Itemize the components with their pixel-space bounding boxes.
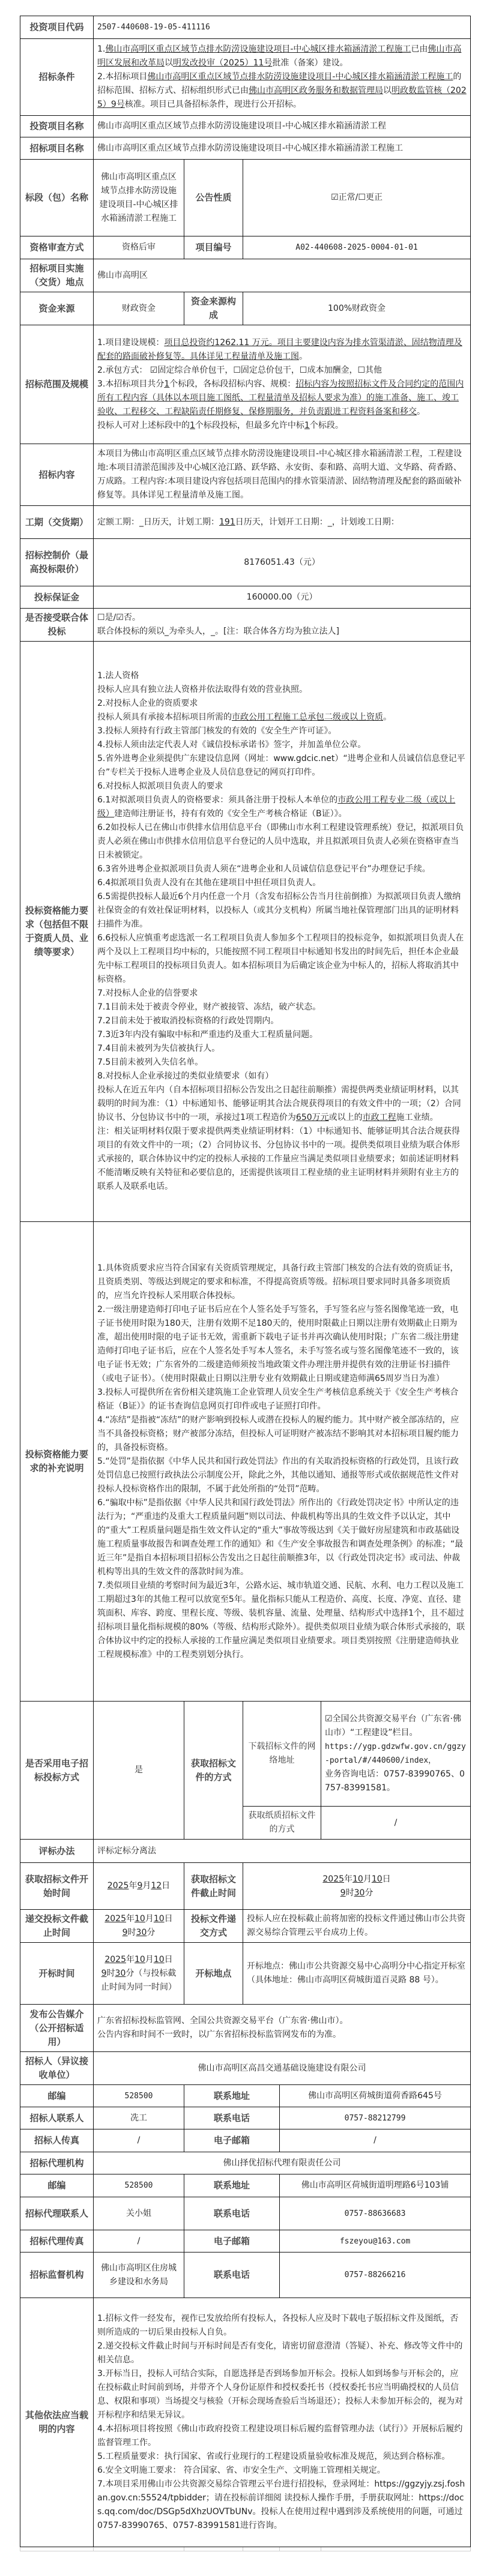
row-agency-contact: 招标代理联系人 关小姐 联系电话 0757-88636683 [20,2197,471,2230]
value-tenderer-fax: / [94,2129,184,2152]
value-scope: 1.项目建设规模：项目总投资约1262.11 万元。项目主要建设内容为排水管渠清… [94,325,471,444]
text-line: 5.工程质量要求：执行国家、省或行业现行的工程建设质量验收标准及规范，须达到合格… [97,2450,467,2464]
text-line: 7.类似项目业绩的考察时间为最近3年，公路水运、城市轨道交通、民航、水利、电力工… [97,1579,467,1662]
text: 8.对投标人企业承接过的类似业绩要求（如有） [97,1071,273,1081]
empty-cell [321,2547,471,2551]
label-qualification-notes: 投标资格能力要求的补充说明 [20,1222,94,1702]
label-download-address: 下载招标文件的网络地址 [243,1702,321,1807]
label-evaluation: 评标办法 [20,1840,94,1863]
text: 批准（备案）建设。 [272,58,348,68]
text: 7.3近3年内没有骗取中标和严重违约及重大工程质量问题。 [97,1030,318,1040]
text: 已由 [411,44,428,54]
underlined-text: 10 [135,1955,145,1964]
text-line: 2025年10月10日 [97,1912,180,1926]
label-agency-postcode: 邮编 [20,2174,94,2197]
text: 。 [417,407,425,417]
row-scope: 招标范围及规模 1.项目建设规模：项目总投资约1262.11 万元。项目主要建设… [20,325,471,444]
text: 6.4拟派项目负责人没有在其他在建项目中担任项目负责人。 [97,878,321,888]
underlined-text: 市政工程 [363,1113,396,1122]
text-line: 2025年10月10日 [247,1873,467,1886]
text: 以 [165,58,173,68]
row-qualification-notes: 投标资格能力要求的补充说明 1.具体资质要求应当符合国家有关资质管理规定，具备行… [20,1222,471,1702]
text: 5.省外进粤企业须提供广东建设信息网（网址：www.gdcic.net）“进粤企… [97,754,465,777]
text: 月 [145,1955,154,1964]
value-lot-name: 佛山市高明区重点区域节点排水防涝设施建设项目-中心城区排水箱涵清淤工程施工 [94,160,184,236]
text: 。 [383,712,392,722]
text: 1.法人资格 [97,671,139,681]
empty-cell [280,2547,321,2551]
row-qualification-review: 资格审查方式 资格后审 项目编号 A02-440608-2025-0004-01… [20,236,471,259]
underlined-text: 1 [304,421,310,430]
row-tender-conditions: 招标条件 1.佛山市高明区重点区域节点排水防涝设施建设项目-中心城区排水箱涵清淤… [20,39,471,116]
label-electronic: 是否采用电子招标投标方式 [20,1702,94,1840]
underlined-text: 1 [190,421,195,430]
text: 2.对投标人企业的资质要求 [97,699,198,708]
text-line: 投标人在近五年内（自本招标项目招标公告发出之日起往前顺推）需提供两类业绩证明材料… [97,1083,467,1125]
value-notice-type: ☑正常/☐更正 [243,160,471,236]
value-electronic: 是 [94,1702,184,1840]
label-tender-project-name: 招标项目名称 [20,137,94,160]
value-investment-project-name: 佛山市高明区重点区域节点排水防涝设施建设项目-中心城区排水箱涵清淤工程 [94,116,471,137]
empty-cell [184,2547,243,2551]
text-line: 6.2如投标人已在佛山市供排水信用信息平台（即佛山市水利工程建设管理系统）登记，… [97,821,467,862]
text: 6.1对拟派项目负责人的资格要求：须具备注册于投标人本单位的 [97,795,337,805]
value-consortium: ☐是/☑否。联合体投标的须以_为牵头人，_。[注：联合体各方均为独立法人] [94,609,471,642]
value-bid-bond: 160000.00（元） [94,586,471,609]
text: 3.本招标项目共分 [97,379,164,389]
value-qualification: 1.法人资格投标人应具有独立法人资格并依法取得有效的营业执照。2.对投标人企业的… [94,642,471,1222]
row-supervisor: 招标监督机构 佛山市高明区住房城乡建设和水务局 联系电话 0757-882662… [20,2252,471,2298]
text-line: 2.递交投标文件截止时间与开标时间是否有变化，请密切留意澄清（答疑）、补充、修改… [97,2340,467,2367]
text-line: 7.4目前未被列为失信被执行人。 [97,1042,467,1056]
value-opening-time: 2025年10月10日9时30分（与投标截止时间为同一时间） [94,1943,184,2005]
label-agency-address: 联系地址 [184,2174,280,2197]
value-paper-method: / [321,1807,471,1840]
label-investment-project-name: 投资项目名称 [20,116,94,137]
text-line: 6.对投标人拟派项目负责人的要求 [97,780,467,793]
text-line: 6.3省外进粤企业拟派项目负责人须在“进粤企业和人员诚信信息登记平台”办理登记手… [97,862,467,876]
underlined-text: 30 [354,1888,365,1898]
text: 7.5目前未被列入失信名单。 [97,1058,203,1067]
text: 3.投标人可提供所在省份相关建筑施工企业管理人员安全生产考核信息系统关于《安全生… [97,1388,458,1411]
text-line: 2.一级注册建造师打印电子证书后应在个人签名处手写签名，手写签名应与签名图像笔迹… [97,1303,467,1386]
row-doc-time: 获取招标文件开始时间 2025年9月12日 获取招标文件截止时间 2025年10… [20,1863,471,1910]
value-tenderer-postcode: 528500 [94,2085,184,2107]
text: 7.2目前未处于被取消投标资格的行政处罚期内。 [97,1016,279,1026]
text: 建造师注册证书，持有有效的《安全生产考核合格证（B证）》。 [114,809,347,819]
text-line: 2.承包方式： ☑固定综合单价包干，☐固定总价包干，☐成本加酬金，☐其他 [97,364,467,378]
text: 2.承包方式： ☑固定综合单价包干，☐固定总价包干，☐成本加酬金，☐其他 [97,366,382,375]
text-line: 联合体投标的须以_为牵头人，_。[注：联合体各方均为独立法人] [97,625,467,639]
text: 5.“处罚”是指依据《中华人民共和国行政处罚法》作出的有关取消投标资格的行政处罚… [97,1457,459,1494]
checkbox-correction[interactable]: ☐更正 [358,193,383,202]
label-notice-type: 公告性质 [184,160,243,236]
label-tenderer-fax: 招标人传真 [20,2129,94,2152]
text: 或以上的 [329,1113,363,1122]
tender-notice-table: 投资项目代码 2507-440608-19-05-411116 招标条件 1.佛… [20,16,471,2551]
row-consortium: 是否接受联合体投标 ☐是/☑否。联合体投标的须以_为牵头人，_。[注：联合体各方… [20,609,471,642]
text: 日历天，计划开工日期：_，计划竣工日期： [235,517,399,527]
label-paper-method: 获取纸质招标文件的方式 [243,1807,321,1840]
underlined-text: 12 [151,1881,162,1891]
text-line: 9时30分 [247,1886,467,1900]
text-line: 6.安全文明施工要求： 符合国家、省、市安全生产、文明施工管理相关规定。 [97,2464,467,2478]
text: 1.招标文件一经发布，视作已发放给所有投标人，各投标人应及时下载电子版招标文件及… [97,2314,458,2337]
row-tenderer-address: 邮编 528500 联系地址 佛山市高明区荷城街道荷香路645号 [20,2085,471,2107]
text: 3.投标人须持有行政主管部门核发的有效的《安全生产许可证》。 [97,726,336,736]
row-evaluation: 评标办法 评标定标分离法 [20,1840,471,1863]
text-line: 5.省外进粤企业须提供广东建设信息网（网址：www.gdcic.net）“进粤企… [97,752,467,780]
text-line: 1.法人资格 [97,669,467,683]
text-line: 投标人应具有独立法人资格并依法取得有效的营业执照。 [97,683,467,697]
underlined-text: 10 [352,1874,363,1884]
text: 个标段。 [310,421,343,430]
text-line: 6.1对拟派项目负责人的资格要求：须具备注册于投标人本单位的市政公用工程专业二级… [97,793,467,821]
text: 7.对投标人企业的信誉要求 [97,989,198,998]
label-opening-place: 开标地点 [184,1943,243,2005]
value-other: 1.招标文件一经发布，视作已发放给所有投标人，各投标人应及时下载电子版招标文件及… [94,2298,471,2547]
row-media: 发布公告媒介（公开招标适用） 广东省招标投标监管网、全国公共资源交易平台（广东省… [20,2005,471,2052]
value-project-code: 2507-440608-19-05-411116 [94,16,471,39]
text: 核准。项目已具备招标条件，现进行公开招标。 [125,100,301,109]
label-project-number: 项目编号 [184,236,243,259]
value-tenderer-address: 佛山市高明区荷城街道荷香路645号 [280,2085,471,2107]
value-location: 佛山市高明区 [94,259,471,292]
label-fund-source: 资金来源 [20,292,94,325]
text: 1.具体资质要求应当符合国家有关资质管理规定，具备行政主管部门核发的合法有效的资… [97,1263,458,1301]
label-control-price: 招标控制价（最高投标限价） [20,539,94,586]
checkbox-normal[interactable]: ☑正常 [331,193,355,202]
label-fund-composition: 资金来源构成 [184,292,243,325]
value-agency-address: 佛山市高明区荷城街道明理路6号103铺 [280,2174,471,2197]
underlined-text: 2025 [322,1874,344,1884]
value-project-number: A02-440608-2025-0004-01-01 [243,236,471,259]
underlined-text: 2025 [107,1881,129,1891]
empty-cell [243,2547,280,2551]
text: 个标段投标，但最多允许中标 [195,421,304,430]
text-line: 2025年10月10日 [97,1953,180,1967]
row-tenderer-contact: 招标人联系人 冼工 联系电话 0757-88212799 [20,2107,471,2129]
row-agency: 招标代理机构 佛山择优招标代理有限责任公司 [20,2152,471,2174]
text: 投标人应具有独立法人资格并依法取得有效的营业执照。 [97,685,307,694]
text-line: 注：相关证明材料仅限于要求提供两类业绩证明材料：（1）中标通知书、能够证明其合法… [97,1125,467,1194]
text: 个标段，各标段招标内容、规模： [169,379,295,389]
value-doc-start: 2025年9月12日 [94,1863,184,1910]
text-line: 7.3近3年内没有骗取中标和严重违约及重大工程质量问题。 [97,1028,467,1042]
text: 时 [107,1969,115,1978]
text-line: 公告内容和时间不一致时，以广东省招标投标监管网发布的为准。 [97,2028,467,2042]
label-consortium: 是否接受联合体投标 [20,609,94,642]
text: 4.本招标项目将按照《佛山市政府投资工程建设项目标后履约监督管理办法（试行）》开… [97,2424,462,2448]
row-investment-project-name: 投资项目名称 佛山市高明区重点区域节点排水防涝设施建设项目-中心城区排水箱涵清淤… [20,116,471,137]
label-tenderer-contact: 招标人联系人 [20,2107,94,2129]
value-evaluation: 评标定标分离法 [94,1840,471,1863]
text: 4.投标人须由法定代表人对《诚信投标承诺书》签字，并加盖单位公章。 [97,740,366,750]
text-line: 投标人须具有承接本招标项目所需的市政公用工程施工总承包二级或以上资质。 [97,711,467,724]
label-doc-method: 获取招标文件的方式 [184,1702,243,1840]
label-submission: 投标文件递交方式 [184,1910,243,1943]
text-line: 7.2目前未处于被取消投标资格的行政处罚期内。 [97,1014,467,1028]
text: 注：相关证明材料仅限于要求提供两类业绩证明材料：（1）中标通知书、能够证明其合法… [97,1127,460,1191]
row-electronic-download: 是否采用电子招标投标方式 是 获取招标文件的方式 下载招标文件的网络地址 ☑全国… [20,1702,471,1807]
text-line: 定额工期：_日历天，计划工期：191日历天，计划开工日期：_，计划竣工日期： [97,516,467,529]
text: 6.“骗取中标”是指依据《中华人民共和国行政处罚法》所作出的《行政处罚决定书》中… [97,1498,463,1577]
text: 分 [147,1928,155,1937]
text-line: 4.“冻结”是指被“冻结”的财产影响到投标人或潜在投标人的履约能力。其中财产被全… [97,1413,467,1455]
download-platform: ☑全国公共资源交易平台（广东省·佛山市）“工程建设”栏目。 [325,1712,467,1740]
row-opening: 开标时间 2025年10月10日9时30分（与投标截止时间为同一时间） 开标地点… [20,1943,471,2005]
text: 7.1目前未处于被责令停业，财产被接管、冻结，破产状态。 [97,1002,321,1012]
text-line: 广东省招标投标监管网、全国公共资源交易平台（广东省·佛山市）。 [97,2014,467,2028]
value-doc-end: 2025年10月10日9时30分 [243,1863,471,1910]
underlined-text: 30 [115,1969,126,1978]
label-bid-bond: 投标保证金 [20,586,94,609]
label-tenderer-phone: 联系电话 [184,2107,280,2129]
label-tenderer: 招标人（异议接收单位） [20,2052,94,2085]
row-content: 招标内容 本项目为佛山市高明区重点区域节点排水防涝设施建设项目-中心城区排水箱涵… [20,444,471,506]
underlined-text: 191 [219,517,235,527]
label-agency-phone: 联系电话 [184,2197,280,2230]
value-media: 广东省招标投标监管网、全国公共资源交易平台（广东省·佛山市）。公告内容和时间不一… [94,2005,471,2052]
text-line: 7.本项目采用佛山市公共资源交易综合管理云平台进行招投标，登录网址：https:… [97,2478,467,2533]
text-line: 9时30分（与投标截止时间为同一时间） [97,1967,180,1994]
value-tender-conditions: 1.佛山市高明区重点区域节点排水防涝设施建设项目-中心城区排水箱涵清淤工程施工已… [94,39,471,116]
text: 7.4目前未被列为失信被执行人。 [97,1044,220,1053]
label-scope: 招标范围及规模 [20,325,94,444]
row-tender-project-name: 招标项目名称 佛山市高明区重点区域节点排水防涝设施建设项目-中心城区排水箱涵清淤… [20,137,471,160]
text: 1. [97,44,105,54]
text-line: 4.投标人须由法定代表人对《诚信投标承诺书》签字，并加盖单位公章。 [97,738,467,752]
text-line: 5.“处罚”是指依据《中华人民共和国行政处罚法》作出的有关取消投标资格的行政处罚… [97,1455,467,1496]
row-tenderer: 招标人（异议接收单位） 佛山市高明区高昌交通基础设施建设有限公司 [20,2052,471,2085]
text: 4.“冻结”是指被“冻结”的财产影响到投标人或潜在投标人的履约能力。其中财产被全… [97,1415,459,1452]
label-tenderer-address: 联系地址 [184,2085,280,2107]
text: 分 [364,1888,373,1898]
label-agency-email: 电子邮箱 [184,2230,280,2252]
label-tender-conditions: 招标条件 [20,39,94,116]
text: 6.2如投标人已在佛山市供排水信用信息平台（即佛山市水利工程建设管理系统）登记，… [97,823,464,860]
label-tenderer-email: 电子邮箱 [184,2129,280,2152]
row-duration: 工期（交货期） 定额工期：_日历天，计划工期：191日历天，计划开工日期：_，计… [20,506,471,539]
text: 6.对投标人拟派项目负责人的要求 [97,781,223,791]
label-agency: 招标代理机构 [20,2152,94,2174]
label-bid-deadline: 递交投标文件截止时间 [20,1910,94,1943]
text: 年 [129,1881,137,1891]
value-tenderer-contact: 冼工 [94,2107,184,2129]
underlined-text: 10 [372,1874,383,1884]
text-line: 3.开标当日，投标人可结合实际，自愿选择是否到场参加开标会。投标人如到场参与开标… [97,2367,467,2422]
value-supervisor-phone: 0757-88266216 [280,2252,471,2298]
text: 2.一级注册建造师打印电子证书后应在个人签名处手写签名，手写签名应与签名图像笔迹… [97,1305,459,1383]
underlined-text: 30 [136,1928,147,1937]
label-agency-fax: 招标代理传真 [20,2230,94,2252]
download-hotline: 业务咨询电话：0757-83990765、0757-83991581。 [325,1768,467,1795]
text-line: 4.本招标项目将按照《佛山市政府投资工程建设项目标后履约监督管理办法（试行）》开… [97,2422,467,2450]
label-content: 招标内容 [20,444,94,506]
underlined-text: 9 [122,1928,128,1937]
text: 7.本项目采用佛山市公共资源交易综合管理云平台进行招投标，登录网址：https:… [97,2479,465,2530]
label-agency-contact: 招标代理联系人 [20,2197,94,2230]
text: 投标人可对上述标段中的 [97,421,190,430]
value-agency: 佛山择优招标代理有限责任公司 [94,2152,471,2174]
label-lot-name: 标段（包）名称 [20,160,94,236]
value-content: 本项目为佛山市高明区重点区域节点排水防涝设施建设项目-中心城区排水箱涵清淤工程，… [94,444,471,506]
text-line: 7.1目前未处于被责令停业，财产被接管、冻结，破产状态。 [97,1001,467,1014]
label-qualification-review: 资格审查方式 [20,236,94,259]
text: 6.5需提供投标人最近6个月内任意一个月（含发布招标公告当月往前倒推）为拟派项目… [97,892,461,929]
text: 3.开标当日，投标人可结合实际，自愿选择是否到场参加开标会。投标人如到场参与开标… [97,2369,463,2420]
text: 2.本招标项目 [97,72,147,82]
label-opening-time: 开标时间 [20,1943,94,2005]
text: 日 [162,1881,170,1891]
row-bid-deadline: 递交投标文件截止时间 2025年10月10日9时30分 投标文件递交方式 投标人… [20,1910,471,1943]
text-line: 1.具体资质要求应当符合国家有关资质管理规定，具备行政主管部门核发的合法有效的资… [97,1262,467,1303]
text: 6.3省外进粤企业拟派项目负责人须在“进粤企业和人员诚信信息登记平台”办理登记手… [97,864,431,874]
row-fund-source: 资金来源 财政资金 资金来源构成 100%财政资金 [20,292,471,325]
value-supervisor: 佛山市高明区住房城乡建设和水务局 [94,2252,184,2298]
value-qualification-notes: 1.具体资质要求应当符合国家有关资质管理规定，具备行政主管部门核发的合法有效的资… [94,1222,471,1702]
text-line: 9时30分 [97,1926,180,1940]
text: 1.项目建设规模： [97,338,164,348]
value-agency-contact: 关小姐 [94,2197,184,2230]
row-qualification: 投标资格能力要求（包括但不限于资质人员、业绩等要求） 1.法人资格投标人应具有独… [20,642,471,1222]
text-line: 3.本招标项目共分1个标段，各标段招标内容、规模：招标内容为按照招标文件及合同约… [97,378,467,419]
row-project-code: 投资项目代码 2507-440608-19-05-411116 [20,16,471,39]
empty-cell [20,2547,94,2551]
label-duration: 工期（交货期） [20,506,94,539]
row-agency-address: 邮编 528500 联系地址 佛山市高明区荷城街道明理路6号103铺 [20,2174,471,2197]
text-line: 2.对投标人企业的资质要求 [97,697,467,711]
underlined-text: 2025 [104,1914,126,1924]
underlined-text: 10 [154,1914,165,1924]
text-line: 6.6投标人应慎重考虑选派一名工程项目负责人参加多个工程项目的投标竞争，如拟派项… [97,931,467,987]
text: ☐是/☑否。 [97,613,141,622]
underlined-text: 市政公用工程施工总承包二级或以上资质 [232,712,383,722]
underlined-text: 佛山市高明区政务服务和数据管理局 [249,86,383,95]
row-location: 招标项目实施（交货）地点 佛山市高明区 [20,259,471,292]
checked-box-icon: ☑ [331,193,339,202]
label-supervisor-phone: 联系电话 [184,2252,280,2298]
text: 广东省招标投标监管网、全国公共资源交易平台（广东省·佛山市）。 [97,2016,348,2026]
underlined-text: 佛山市高明区重点区域节点排水防涝设施建设项目-中心城区排水箱涵清淤工程施工 [105,44,411,54]
text: 6.6投标人应慎重考虑选派一名工程项目负责人参加多个工程项目的投标竞争，如拟派项… [97,933,464,984]
text-line: 8.对投标人企业承接过的类似业绩要求（如有） [97,1070,467,1083]
text: 月 [363,1874,372,1884]
text: 年 [126,1955,135,1964]
value-download-address: ☑全国公共资源交易平台（广东省·佛山市）“工程建设”栏目。 https://yg… [321,1702,471,1807]
text-line: ☐是/☑否。 [97,611,467,625]
text-line: 6.5需提供投标人最近6个月内任意一个月（含发布招标公告当月往前倒推）为拟派项目… [97,890,467,931]
text: 2.递交投标文件截止时间与开标时间是否有变化，请密切留意澄清（答疑）、补充、修改… [97,2341,462,2365]
text: 施工业绩。 [396,1113,438,1122]
text-line: 1.招标文件一经发布，视作已发放给所有投标人，各投标人应及时下载电子版招标文件及… [97,2312,467,2340]
row-bid-bond: 投标保证金 160000.00（元） [20,586,471,609]
value-fund-source: 财政资金 [94,292,184,325]
text-line: 2025年9月12日 [97,1879,180,1893]
label-doc-start: 获取招标文件开始时间 [20,1863,94,1910]
value-tenderer-phone: 0757-88212799 [280,2107,471,2129]
text-line: 6.4拟派项目负责人没有在其他在建项目中担任项目负责人。 [97,876,467,890]
text: 以 [383,86,392,95]
text: 年 [126,1914,135,1924]
value-tenderer-email: / [280,2129,471,2152]
label-supervisor: 招标监督机构 [20,2252,94,2298]
value-control-price: 8176051.43（元） [94,539,471,586]
underlined-text: 佛山市高明区重点区域节点排水防涝设施建设项目-中心城区排水箱涵清淤工程施工 [147,72,453,82]
underlined-text: 650万元 [296,1113,329,1122]
text-line: 7.5目前未被列入失信名单。 [97,1056,467,1070]
value-agency-phone: 0757-88636683 [280,2197,471,2230]
value-agency-email[interactable]: fszeyou@163.com [280,2230,471,2252]
value-fund-composition: 100%财政资金 [243,292,471,325]
option-normal-label: 正常 [339,193,355,202]
option-correction-label: 更正 [366,193,383,202]
text: 年 [344,1874,352,1884]
text: 时 [128,1928,136,1937]
text: 日 [165,1914,173,1924]
label-doc-end: 获取招标文件截止时间 [184,1863,243,1910]
text: 日 [165,1955,173,1964]
underlined-text: 10 [135,1914,145,1924]
text: 。 [299,352,307,361]
value-agency-postcode: 528500 [94,2174,184,2197]
row-tenderer-fax: 招标人传真 / 电子邮箱 / [20,2129,471,2152]
row-lot-name: 标段（包）名称 佛山市高明区重点区域节点排水防涝设施建设项目-中心城区排水箱涵清… [20,160,471,236]
label-media: 发布公告媒介（公开招标适用） [20,2005,94,2052]
text: 6.安全文明施工要求： 符合国家、省、市安全生产、文明施工管理相关规定。 [97,2466,386,2475]
underlined-text: 10 [154,1955,165,1964]
row-other: 其他依法应当载明的内容 1.招标文件一经发布，视作已发放给所有投标人，各投标人应… [20,2298,471,2547]
text: 投标人须具有承接本招标项目所需的 [97,712,232,722]
label-tenderer-postcode: 邮编 [20,2085,94,2107]
text-line: 1.项目建设规模：项目总投资约1262.11 万元。项目主要建设内容为排水管渠清… [97,336,467,364]
value-submission: 投标人应在投标截止前将加密的投标文件通过佛山市公共资源交易综合管理云平台成功上传… [243,1910,471,1943]
trailing-empty-row [20,2547,471,2551]
text-line: 投标人可对上述标段中的1个标段投标，但最多允许中标1个标段。 [97,419,467,433]
text: 公告内容和时间不一致时，以广东省招标投标监管网发布的为准。 [97,2030,341,2039]
empty-cell [94,2547,184,2551]
download-url-link[interactable]: https://ygp.gdzwfw.gov.cn/ggzy-portal/#/… [325,1740,467,1768]
value-agency-fax: / [94,2230,184,2252]
underlined-text: 2025 [104,1955,126,1964]
label-location: 招标项目实施（交货）地点 [20,259,94,292]
value-qualification-review: 资格后审 [94,236,184,259]
text-line: 3.投标人可提供所在省份相关建筑施工企业管理人员安全生产考核信息系统关于《安全生… [97,1386,467,1413]
text: 月 [145,1914,154,1924]
underlined-text: 明发改投审（2025）11号 [173,58,272,68]
text: 定额工期：_日历天，计划工期： [97,517,219,527]
underlined-text: 9 [340,1888,346,1898]
text: 联合体投标的须以_为牵头人，_。[注：联合体各方均为独立法人] [97,627,339,636]
value-opening-place: 开标地点：佛山市公共资源交易中心高明分中心指定开标室（具体地址：佛山市高明区荷城… [243,1943,471,2005]
text: 日 [383,1874,391,1884]
value-duration: 定额工期：_日历天，计划工期：191日历天，计划开工日期：_，计划竣工日期： [94,506,471,539]
row-control-price: 招标控制价（最高投标限价） 8176051.43（元） [20,539,471,586]
value-tender-project-name: 佛山市高明区重点区域节点排水防涝设施建设项目-中心城区排水箱涵清淤工程施工 [94,137,471,160]
row-agency-fax: 招标代理传真 / 电子邮箱 fszeyou@163.com [20,2230,471,2252]
underlined-text: 1 [164,379,169,389]
value-bid-deadline: 2025年10月10日9时30分 [94,1910,184,1943]
label-project-code: 投资项目代码 [20,16,94,39]
text: 7.类似项目业绩的考察时间为最近3年，公路水运、城市轨道交通、民航、水利、电力工… [97,1581,465,1660]
text-line: 2.本招标项目佛山市高明区重点区域节点排水防涝设施建设项目-中心城区排水箱涵清淤… [97,70,467,112]
text: 5.工程质量要求：执行国家、省或行业现行的工程建设质量验收标准及规范，须达到合格… [97,2452,450,2461]
text-line: 1.佛山市高明区重点区域节点排水防涝设施建设项目-中心城区排水箱涵清淤工程施工已… [97,43,467,70]
text-line: 7.对投标人企业的信誉要求 [97,987,467,1001]
value-tenderer: 佛山市高明区高昌交通基础设施建设有限公司 [94,2052,471,2085]
text-line: 6.“骗取中标”是指依据《中华人民共和国行政处罚法》所作出的《行政处罚决定书》中… [97,1496,467,1579]
unchecked-box-icon: ☐ [358,193,366,202]
